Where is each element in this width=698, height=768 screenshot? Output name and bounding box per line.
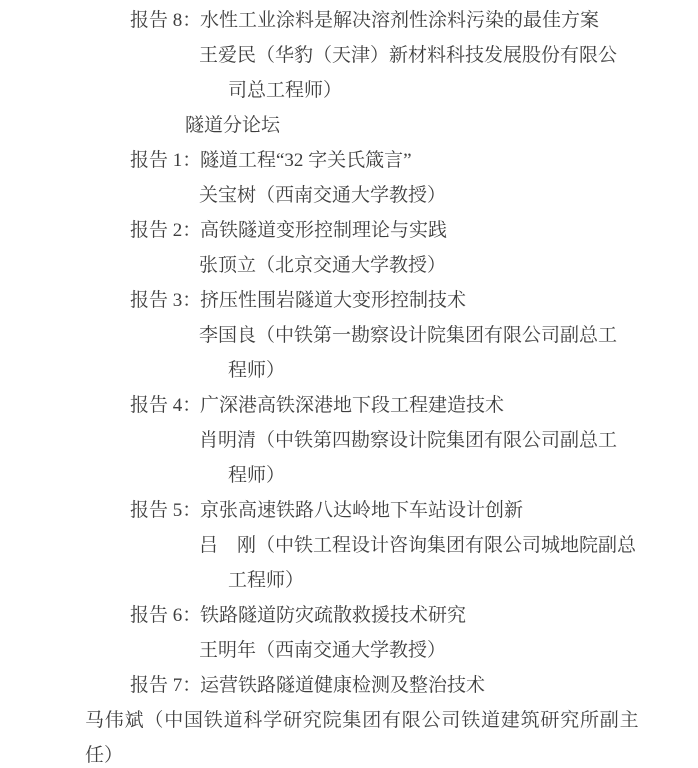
report-title: 运营铁路隧道健康检测及整治技术 [200,675,485,696]
report-item-4: 报告 4：广深港高铁深港地下段工程建造技术 [0,388,698,423]
report-speaker-continuation: 程师） [0,458,698,493]
report-item-8: 报告 8：水性工业涂料是解决溶剂性涂料污染的最佳方案 [0,3,698,38]
report-title: 高铁隧道变形控制理论与实践 [200,220,447,241]
report-speaker-line: 肖明清（中铁第四勘察设计院集团有限公司副总工 [0,423,698,458]
forum-heading: 隧道分论坛 [0,108,698,143]
report-item-2: 报告 2：高铁隧道变形控制理论与实践 [0,213,698,248]
report-label: 报告 4： [130,388,200,423]
report-title: 京张高速铁路八达岭地下车站设计创新 [200,500,523,521]
report-label: 报告 7： [130,668,200,703]
report-item-6: 报告 6：铁路隧道防灾疏散救援技术研究 [0,598,698,633]
report-title: 水性工业涂料是解决溶剂性涂料污染的最佳方案 [200,10,599,31]
report-speaker-line: 张顶立（北京交通大学教授） [0,248,698,283]
report-title: 挤压性围岩隧道大变形控制技术 [200,290,466,311]
report-label: 报告 6： [130,598,200,633]
report-speaker-line: 李国良（中铁第一勘察设计院集团有限公司副总工 [0,318,698,353]
report-item-5: 报告 5：京张高速铁路八达岭地下车站设计创新 [0,493,698,528]
report-title: 广深港高铁深港地下段工程建造技术 [200,395,504,416]
report-speaker-line: 马伟斌（中国铁道科学研究院集团有限公司铁道建筑研究所副主 [0,703,698,738]
report-item-7: 报告 7：运营铁路隧道健康检测及整治技术 [0,668,698,703]
report-speaker-continuation: 工程师） [0,563,698,598]
report-speaker-line: 吕 刚（中铁工程设计咨询集团有限公司城地院副总 [0,528,698,563]
report-label: 报告 2： [130,213,200,248]
report-speaker-continuation: 程师） [0,353,698,388]
report-item-3: 报告 3：挤压性围岩隧道大变形控制技术 [0,283,698,318]
document-page: 报告 8：水性工业涂料是解决溶剂性涂料污染的最佳方案 王爱民（华豹（天津）新材料… [0,0,698,768]
report-speaker-line: 王爱民（华豹（天津）新材料科技发展股份有限公 [0,38,698,73]
report-title: 隧道工程“32 字关氏箴言” [200,150,412,171]
report-speaker-line: 关宝树（西南交通大学教授） [0,178,698,213]
report-speaker-continuation: 司总工程师） [0,73,698,108]
report-speaker-line: 王明年（西南交通大学教授） [0,633,698,668]
report-label: 报告 5： [130,493,200,528]
report-title: 铁路隧道防灾疏散救援技术研究 [200,605,466,626]
report-label: 报告 8： [130,3,200,38]
report-item-1: 报告 1：隧道工程“32 字关氏箴言” [0,143,698,178]
report-label: 报告 3： [130,283,200,318]
report-label: 报告 1： [130,143,200,178]
report-speaker-continuation: 任） [0,738,698,768]
